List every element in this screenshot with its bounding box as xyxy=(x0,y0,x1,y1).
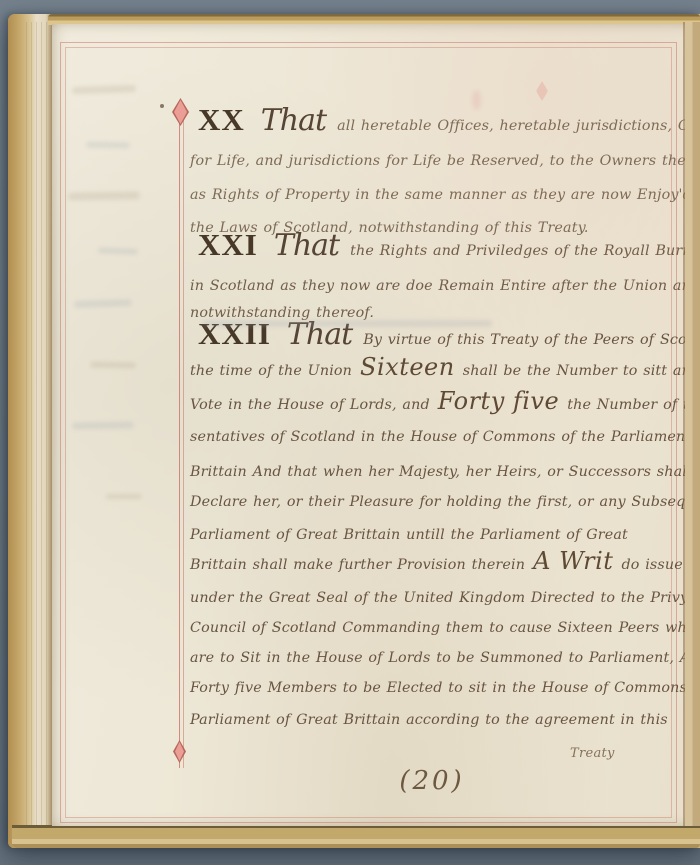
catchword: Treaty xyxy=(570,746,615,761)
text-segment: as Rights of Property in the same manner… xyxy=(190,187,700,203)
text-segment: the Rights and Priviledges of the Royall… xyxy=(350,243,700,259)
ink-speck xyxy=(160,104,164,108)
emphasized-word: A Writ xyxy=(533,547,613,575)
manuscript-line-3: as Rights of Property in the same manner… xyxy=(190,184,700,203)
text-segment: Vote in the House of Lords, and xyxy=(190,397,430,413)
manuscript-line-16: under the Great Seal of the United Kingd… xyxy=(190,587,688,606)
manuscript-line-6: in Scotland as they now are doe Remain E… xyxy=(190,275,700,294)
manuscript-line-1: XXThatall heretable Offices, heretable j… xyxy=(190,102,700,138)
text-segment: Declare her, or their Pleasure for holdi… xyxy=(190,494,700,510)
diamond-fill xyxy=(174,100,187,124)
text-segment: under the Great Seal of the United Kingd… xyxy=(190,590,688,606)
emphasized-word: Forty five xyxy=(438,387,559,415)
diamond-fill xyxy=(175,742,184,761)
manuscript-line-10: Vote in the House of Lords, andForty fiv… xyxy=(190,387,700,415)
manuscript-line-5: XXIThatthe Rights and Priviledges of the… xyxy=(190,227,700,263)
text-segment: By virtue of this Treaty of the Peers of… xyxy=(363,332,700,348)
manuscript-line-2: for Life, and jurisdictions for Life be … xyxy=(190,150,700,169)
book-bottom-edge xyxy=(12,825,700,848)
text-segment: the Number of the Repre xyxy=(567,397,700,413)
text-segment: the time of the Union xyxy=(190,363,352,379)
emphasized-word: Sixteen xyxy=(360,353,455,381)
show-through-smudge xyxy=(106,494,142,499)
text-segment: Council of Scotland Commanding them to c… xyxy=(190,620,696,636)
show-through-smudge xyxy=(90,362,136,369)
manuscript-line-20: Parliament of Great Brittain according t… xyxy=(190,709,668,728)
manuscript-line-19: Forty five Members to be Elected to sit … xyxy=(190,677,700,696)
text-segment: are to Sit in the House of Lords to be S… xyxy=(190,650,700,666)
text-segment: all heretable Offices, heretable jurisdi… xyxy=(337,118,700,134)
manuscript-line-18: are to Sit in the House of Lords to be S… xyxy=(190,647,700,666)
manuscript-scan: XXThatall heretable Offices, heretable j… xyxy=(0,0,700,865)
left-margin-rule xyxy=(179,120,184,768)
text-segment: Forty five Members to be Elected to sit … xyxy=(190,680,700,696)
article-opening-word: That xyxy=(261,103,326,138)
bound-volume: XXThatall heretable Offices, heretable j… xyxy=(8,14,700,848)
diamond-marker-bottom xyxy=(173,740,186,763)
text-segment: Parliament of Great Brittain untill the … xyxy=(190,527,628,543)
parchment-page: XXThatall heretable Offices, heretable j… xyxy=(52,24,700,826)
show-through-smudge xyxy=(202,320,492,327)
text-segment: sentatives of Scotland in the House of C… xyxy=(190,429,700,445)
page-stack-streaks xyxy=(26,22,49,839)
manuscript-line-11: sentatives of Scotland in the House of C… xyxy=(190,426,700,445)
text-segment: Brittain shall make further Provision th… xyxy=(190,557,525,573)
show-through-smudge xyxy=(68,191,140,200)
page-right-edge xyxy=(683,22,700,826)
manuscript-line-12: Brittain And that when her Majesty, her … xyxy=(190,461,692,480)
manuscript-line-17: Council of Scotland Commanding them to c… xyxy=(190,617,696,636)
article-numeral: XX xyxy=(198,102,245,137)
article-numeral: XXI xyxy=(198,227,258,262)
text-segment: in Scotland as they now are doe Remain E… xyxy=(190,278,700,294)
text-segment: for Life, and jurisdictions for Life be … xyxy=(190,153,700,169)
manuscript-line-14: Parliament of Great Brittain untill the … xyxy=(190,524,628,543)
manuscript-line-9: the time of the UnionSixteenshall be the… xyxy=(190,353,700,381)
article-opening-word: That xyxy=(274,228,339,263)
diamond-marker-top xyxy=(172,98,189,126)
text-segment: Brittain And that when her Majesty, her … xyxy=(190,464,692,480)
page-number: (20) xyxy=(362,766,502,796)
manuscript-text-block: XXThatall heretable Offices, heretable j… xyxy=(190,24,682,826)
book-binding-edge xyxy=(8,14,54,848)
manuscript-line-13: Declare her, or their Pleasure for holdi… xyxy=(190,491,700,510)
show-through-smudge xyxy=(72,421,134,429)
show-through-smudge xyxy=(86,142,130,149)
text-segment: shall be the Number to sitt and xyxy=(463,363,700,379)
manuscript-line-15: Brittain shall make further Provision th… xyxy=(190,547,683,575)
text-segment: do issue xyxy=(621,557,682,573)
text-segment: Parliament of Great Brittain according t… xyxy=(190,712,668,728)
